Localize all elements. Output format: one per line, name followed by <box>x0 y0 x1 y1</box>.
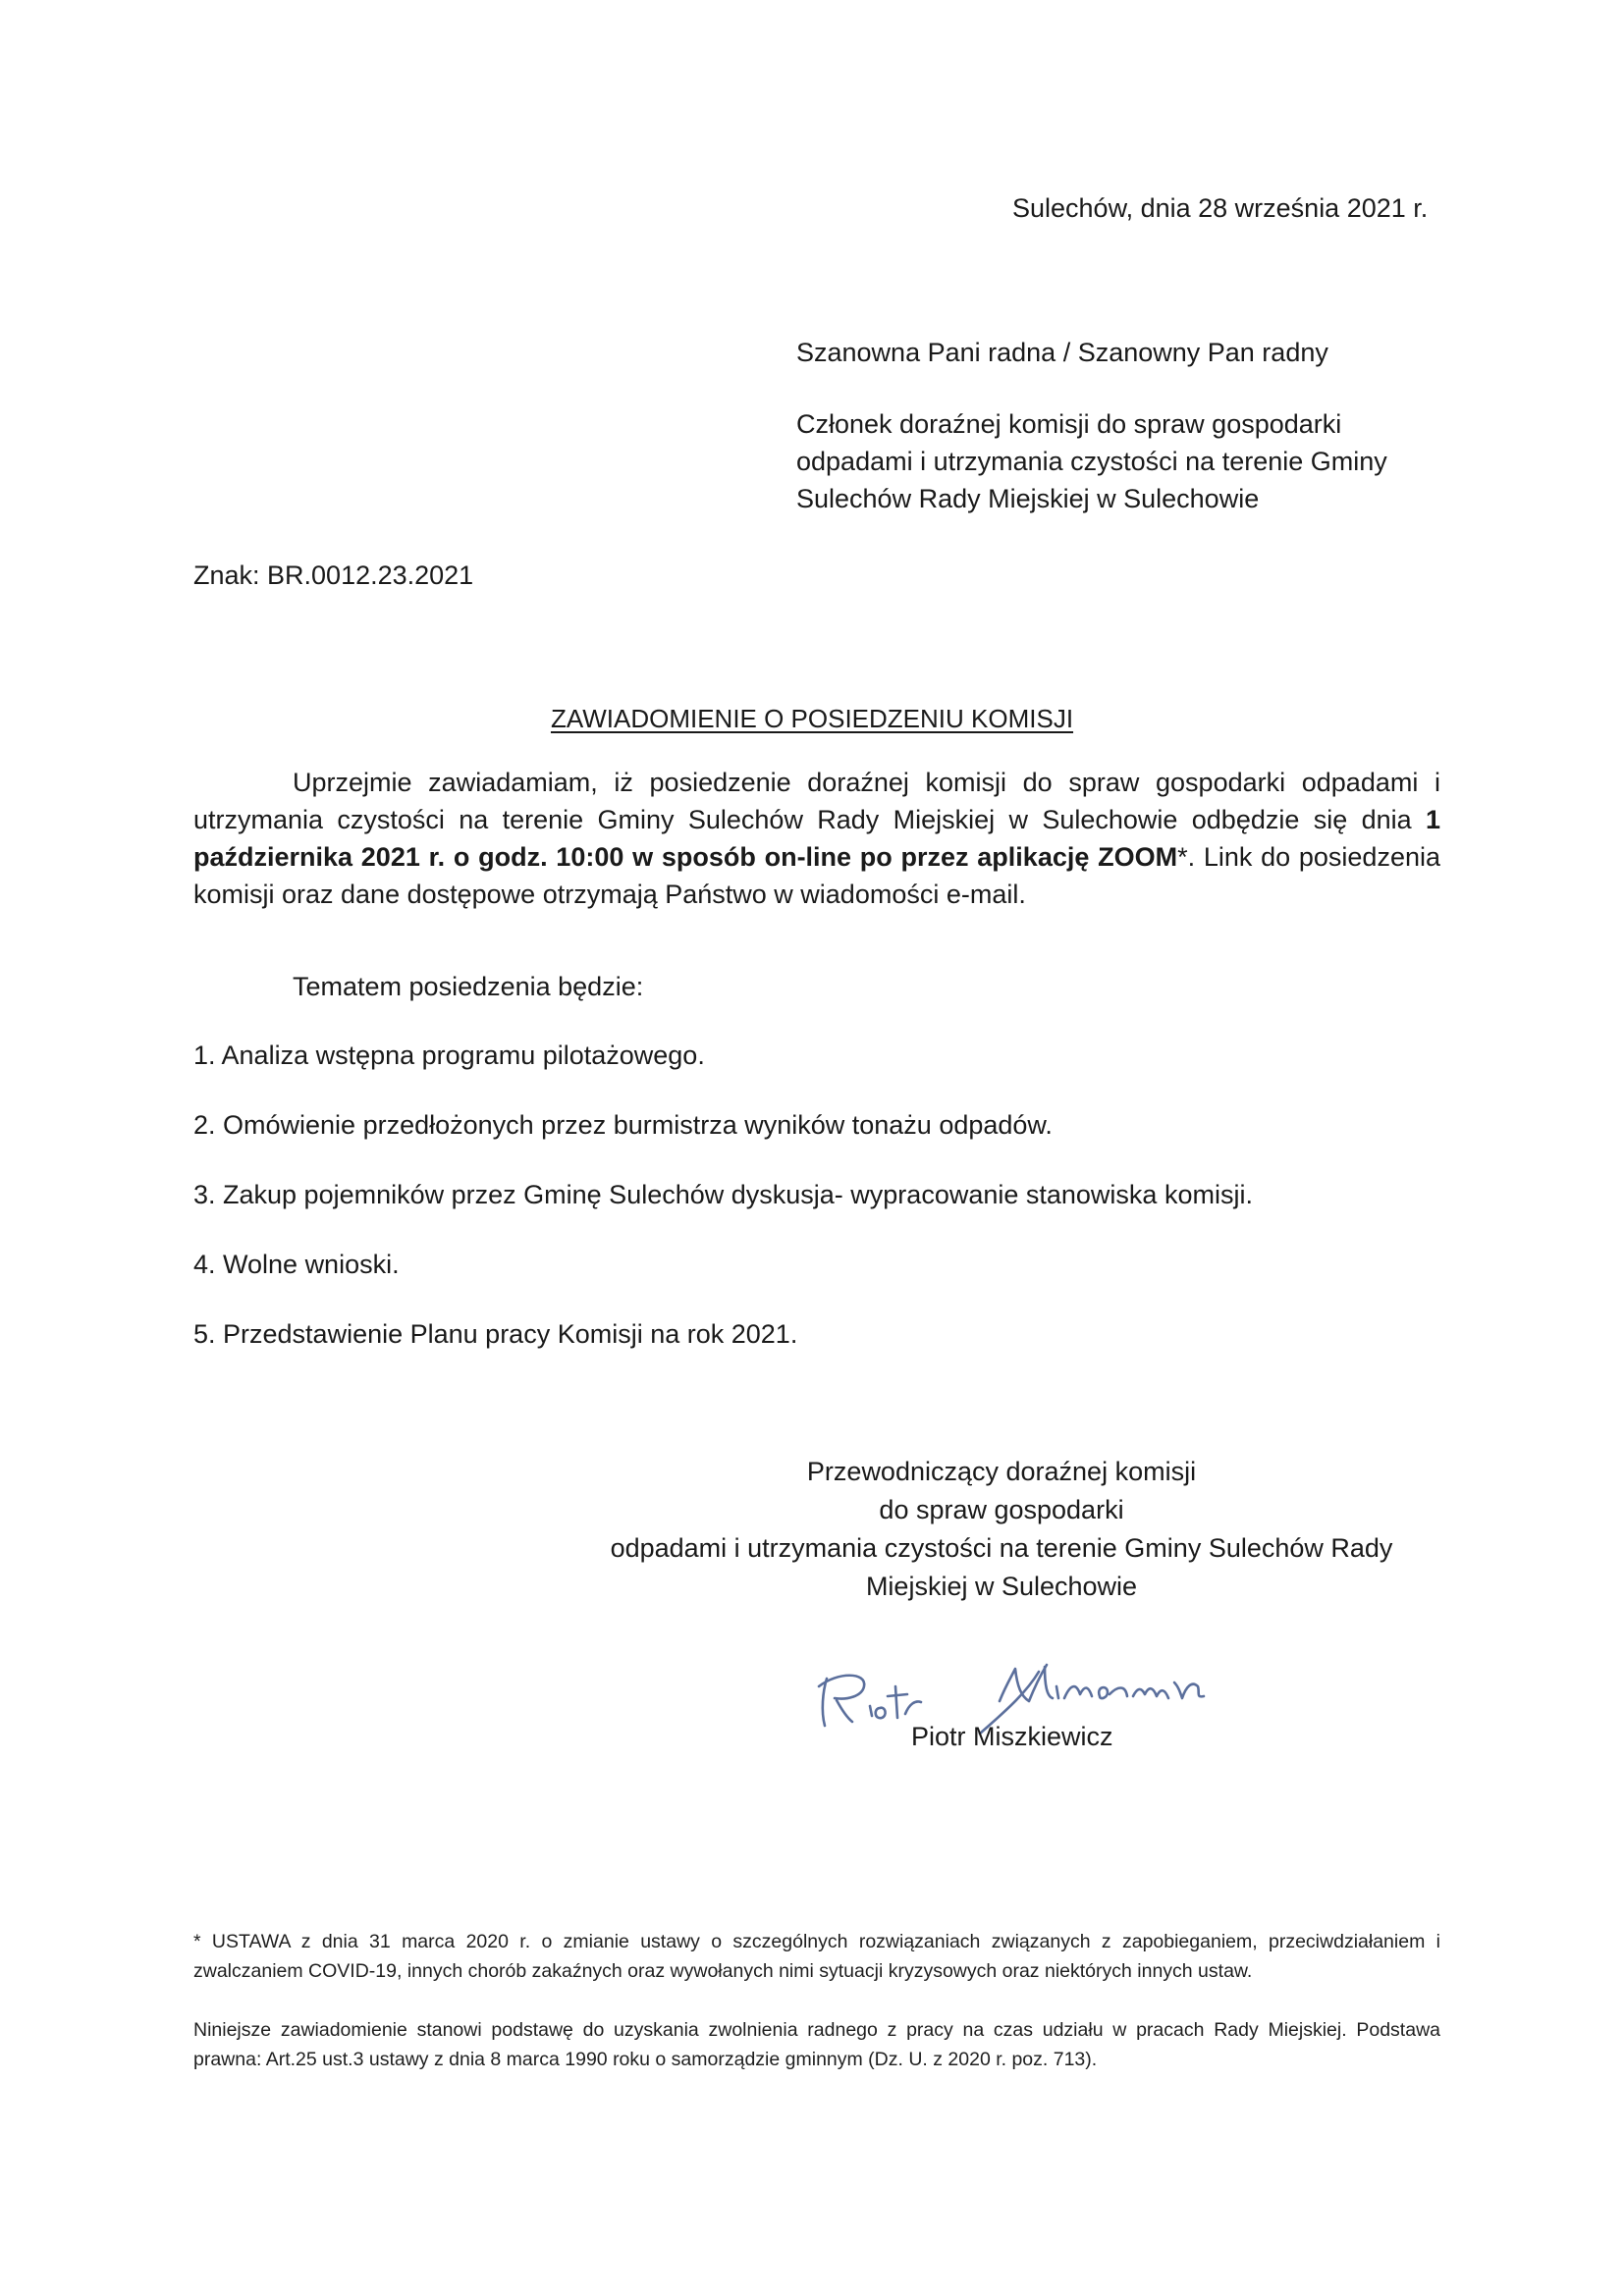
agenda-item: 1. Analiza wstępna programu pilotażowego… <box>193 1042 1440 1112</box>
agenda-list: 1. Analiza wstępna programu pilotażowego… <box>193 1042 1440 1391</box>
reference-number: Znak: BR.0012.23.2021 <box>193 562 473 589</box>
footnote-law-reference: * USTAWA z dnia 31 marca 2020 r. o zmian… <box>193 1927 1440 1986</box>
agenda-item: 4. Wolne wnioski. <box>193 1252 1440 1321</box>
signature-title-line: Miejskiej w Sulechowie <box>569 1568 1434 1606</box>
addressee-line: odpadami i utrzymania czystości na teren… <box>796 443 1484 480</box>
intro-text: Uprzejmie zawiadamiam, iż posiedzenie do… <box>193 768 1440 834</box>
agenda-item: 2. Omówienie przedłożonych przez burmist… <box>193 1112 1440 1182</box>
salutation: Szanowna Pani radna / Szanowny Pan radny <box>796 340 1484 366</box>
intro-paragraph: Uprzejmie zawiadamiam, iż posiedzenie do… <box>193 764 1440 913</box>
agenda-intro: Tematem posiedzenia będzie: <box>293 974 643 1000</box>
agenda-item: 5. Przedstawienie Planu pracy Komisji na… <box>193 1321 1440 1391</box>
signature-title-line: Przewodniczący doraźnej komisji <box>569 1453 1434 1491</box>
legal-basis-note: Niniejsze zawiadomienie stanowi podstawę… <box>193 2015 1440 2074</box>
signature-title-line: odpadami i utrzymania czystości na teren… <box>569 1529 1434 1568</box>
signatory-name: Piotr Miszkiewicz <box>911 1724 1113 1750</box>
addressee-member: Członek doraźnej komisji do spraw gospod… <box>796 405 1484 517</box>
signature-title: Przewodniczący doraźnej komisji do spraw… <box>569 1453 1434 1606</box>
addressee-line: Członek doraźnej komisji do spraw gospod… <box>796 405 1484 443</box>
document-title: ZAWIADOMIENIE O POSIEDZENIU KOMISJI <box>0 704 1624 734</box>
addressee-line: Sulechów Rady Miejskiej w Sulechowie <box>796 480 1484 517</box>
place-date: Sulechów, dnia 28 września 2021 r. <box>1012 195 1428 222</box>
signature-title-line: do spraw gospodarki <box>569 1491 1434 1529</box>
addressee-block: Szanowna Pani radna / Szanowny Pan radny… <box>796 340 1484 517</box>
agenda-item: 3. Zakup pojemników przez Gminę Sulechów… <box>193 1182 1440 1252</box>
